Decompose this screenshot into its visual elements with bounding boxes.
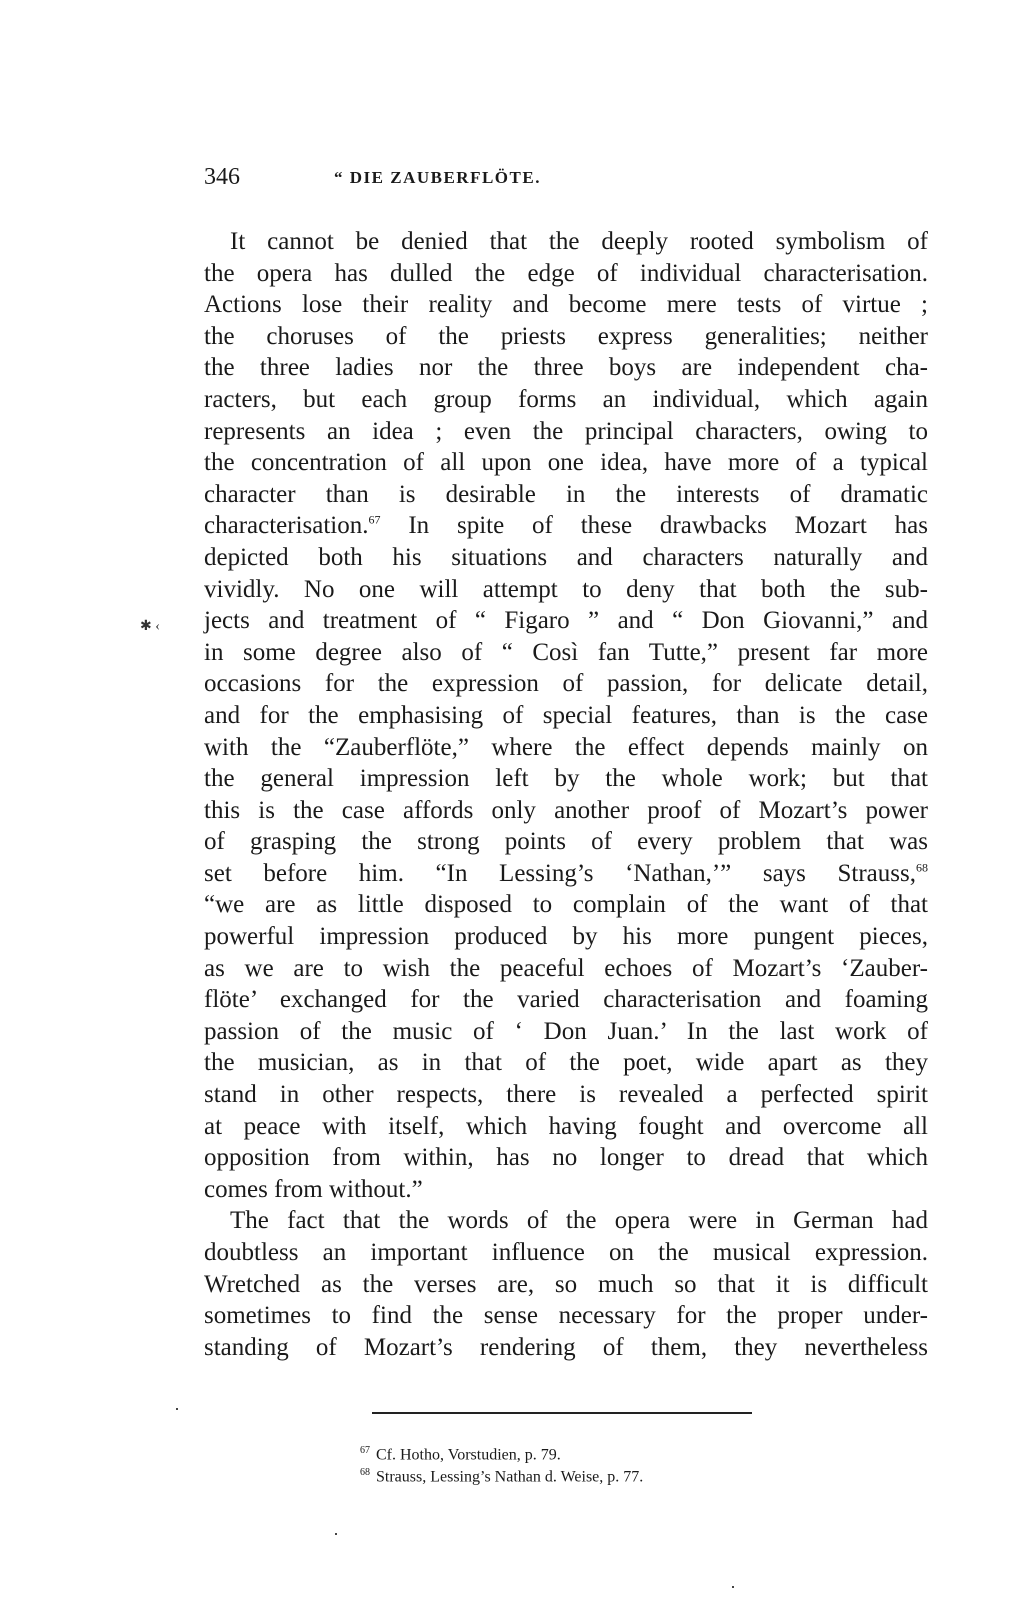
line-text: the opera has dulled the edge of individ… [204, 260, 928, 287]
text-line: The fact that the words of the opera wer… [204, 1205, 928, 1237]
footnote-number: 68 [360, 1467, 370, 1478]
text-line: stand in other respects, there is reveal… [204, 1079, 928, 1111]
line-text: powerful impression produced by his more… [204, 923, 928, 950]
line-text: of grasping the strong points of every p… [204, 828, 928, 855]
line-text: opposition from within, has no longer to… [204, 1144, 928, 1171]
line-text: flöte’ exchanged for the varied characte… [204, 986, 928, 1013]
line-text: The fact that the words of the opera wer… [230, 1207, 928, 1234]
line-text: standing of Mozart’s rendering of them, … [204, 1334, 928, 1361]
line-text: represents an idea ; even the principal … [204, 418, 928, 445]
text-line: jects and treatment of “ Figaro ” and “ … [204, 605, 928, 637]
text-line: characterisation.67 In spite of these dr… [204, 510, 928, 542]
text-line: the concentration of all upon one idea, … [204, 447, 928, 479]
text-line: racters, but each group forms an individ… [204, 384, 928, 416]
line-text: set before him. “In Lessing’s ‘Nathan,’”… [204, 860, 916, 887]
text-line: in some degree also of “ Così fan Tutte,… [204, 637, 928, 669]
text-line: and for the emphasising of special featu… [204, 700, 928, 732]
text-line: the three ladies nor the three boys are … [204, 352, 928, 384]
line-text: the three ladies nor the three boys are … [204, 354, 928, 381]
line-text: passion of the music of ‘ Don Juan.’ In … [204, 1018, 928, 1045]
text-line: character than is desirable in the inter… [204, 479, 928, 511]
line-text: the general impression left by the whole… [204, 765, 928, 792]
text-line: doubtless an important influence on the … [204, 1237, 928, 1269]
footnote-reference[interactable]: 68 [916, 861, 928, 875]
running-title: “ DIE ZAUBERFLÖTE. [334, 168, 541, 188]
text-line: comes from without.” [204, 1174, 928, 1206]
text-line: “we are as little disposed to complain o… [204, 889, 928, 921]
text-line: the opera has dulled the edge of individ… [204, 258, 928, 290]
line-text: Wretched as the verses are, so much so t… [204, 1271, 928, 1298]
text-line: flöte’ exchanged for the varied characte… [204, 984, 928, 1016]
text-line: the general impression left by the whole… [204, 763, 928, 795]
line-text: jects and treatment of “ Figaro ” and “ … [204, 607, 928, 634]
body-text: It cannot be denied that the deeply root… [204, 226, 928, 1363]
line-text: vividly. No one will attempt to deny tha… [204, 576, 928, 603]
text-line: at peace with itself, which having fough… [204, 1111, 928, 1143]
text-line: the choruses of the priests express gene… [204, 321, 928, 353]
footnote-text: Strauss, Lessing’s Nathan d. Weise, p. 7… [376, 1468, 643, 1485]
line-text: racters, but each group forms an individ… [204, 386, 928, 413]
page-header: 346 “ DIE ZAUBERFLÖTE. [204, 164, 928, 194]
footnote-text: Cf. Hotho, Vorstudien, p. 79. [376, 1446, 561, 1463]
line-text: and for the emphasising of special featu… [204, 702, 928, 729]
text-line: with the “Zauberflöte,” where the effect… [204, 732, 928, 764]
footnote-number: 67 [360, 1445, 370, 1456]
line-text-continued: In spite of these drawbacks Mozart has [381, 512, 929, 539]
scan-speck [176, 1408, 178, 1410]
line-text: sometimes to find the sense necessary fo… [204, 1302, 928, 1329]
line-text: doubtless an important influence on the … [204, 1239, 928, 1266]
text-line: It cannot be denied that the deeply root… [204, 226, 928, 258]
text-line: this is the case affords only another pr… [204, 795, 928, 827]
line-text: with the “Zauberflöte,” where the effect… [204, 734, 928, 761]
margin-annotation-mark: ✱ ‹ [140, 618, 160, 635]
line-text: the choruses of the priests express gene… [204, 323, 928, 350]
scan-speck [732, 1586, 734, 1588]
footnote-item: 67Cf. Hotho, Vorstudien, p. 79. [360, 1440, 643, 1462]
line-text: “we are as little disposed to complain o… [204, 891, 928, 918]
text-line: Actions lose their reality and become me… [204, 289, 928, 321]
line-text: comes from without.” [204, 1176, 423, 1203]
footnotes: 67Cf. Hotho, Vorstudien, p. 79.68Strauss… [360, 1440, 643, 1484]
footnote-rule [372, 1412, 752, 1414]
text-line: occasions for the expression of passion,… [204, 668, 928, 700]
line-text: It cannot be denied that the deeply root… [230, 228, 928, 255]
scan-speck [335, 1533, 337, 1535]
text-line: as we are to wish the peaceful echoes of… [204, 953, 928, 985]
line-text: depicted both his situations and charact… [204, 544, 928, 571]
footnote-item: 68Strauss, Lessing’s Nathan d. Weise, p.… [360, 1462, 643, 1484]
line-text: character than is desirable in the inter… [204, 481, 928, 508]
text-line: Wretched as the verses are, so much so t… [204, 1269, 928, 1301]
line-text: the concentration of all upon one idea, … [204, 449, 928, 476]
line-text: this is the case affords only another pr… [204, 797, 928, 824]
line-text: the musician, as in that of the poet, wi… [204, 1049, 928, 1076]
line-text: at peace with itself, which having fough… [204, 1113, 928, 1140]
text-line: depicted both his situations and charact… [204, 542, 928, 574]
line-text: in some degree also of “ Così fan Tutte,… [204, 639, 928, 666]
line-text: characterisation. [204, 512, 369, 539]
footnote-reference[interactable]: 67 [369, 513, 381, 527]
text-line: opposition from within, has no longer to… [204, 1142, 928, 1174]
text-line: standing of Mozart’s rendering of them, … [204, 1332, 928, 1364]
text-line: the musician, as in that of the poet, wi… [204, 1047, 928, 1079]
text-line: represents an idea ; even the principal … [204, 416, 928, 448]
text-line: set before him. “In Lessing’s ‘Nathan,’”… [204, 858, 928, 890]
line-text: as we are to wish the peaceful echoes of… [204, 955, 928, 982]
text-line: sometimes to find the sense necessary fo… [204, 1300, 928, 1332]
line-text: occasions for the expression of passion,… [204, 670, 928, 697]
text-line: passion of the music of ‘ Don Juan.’ In … [204, 1016, 928, 1048]
page-number: 346 [204, 164, 240, 191]
text-line: vividly. No one will attempt to deny tha… [204, 574, 928, 606]
text-line: of grasping the strong points of every p… [204, 826, 928, 858]
line-text: stand in other respects, there is reveal… [204, 1081, 928, 1108]
text-line: powerful impression produced by his more… [204, 921, 928, 953]
line-text: Actions lose their reality and become me… [204, 291, 928, 318]
